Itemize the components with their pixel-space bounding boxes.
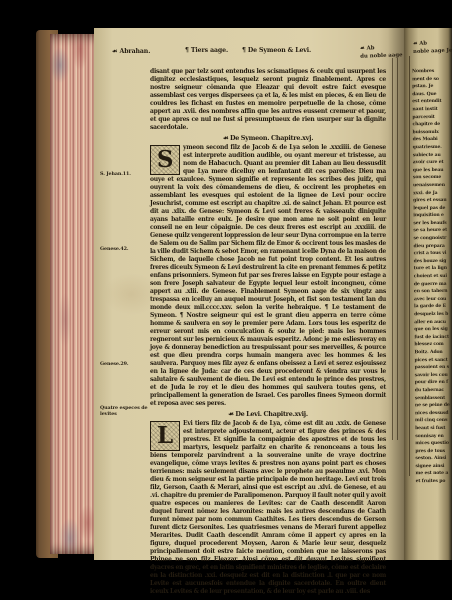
page-edge-stack <box>50 34 100 554</box>
margin-note-genese-29: Genese.29. <box>100 361 148 367</box>
photo-of-open-book: ☙ Abrahan. ¶ Tiers aage. ¶ De Symeon & L… <box>0 0 452 600</box>
book: ☙ Abrahan. ¶ Tiers aage. ¶ De Symeon & L… <box>36 28 452 560</box>
chapter-heading-levi: ☙ De Levi. Chapitre.xvij. <box>150 410 386 418</box>
right-page-sliver: ☙ Ab noble aage Jesuch. Nombres ment de … <box>404 28 452 560</box>
margin-note-jehan: S. Jehan.11. <box>100 171 148 177</box>
margin-note-genese-42: Genese.42. <box>100 246 148 252</box>
right-page-margin-rule <box>409 56 410 476</box>
chapter-levi-paragraph: LEvi tiers filz de Jacob & de Lya, côme … <box>150 420 386 596</box>
margin-rule-2 <box>397 58 398 440</box>
running-header-center: ¶ Tiers aage. <box>185 47 228 54</box>
margin-note-quatre-especes: Quatre especes de levites <box>100 405 148 417</box>
drop-cap-initial-l: L <box>150 421 180 451</box>
chapter-levi-text: Evi tiers filz de Jacob & de Lya, côme e… <box>150 420 386 595</box>
right-header-line2: noble aage Jesuch. <box>413 47 452 56</box>
paragraph-continuation: disant que par telz sont entendus les sc… <box>150 68 386 132</box>
running-header-right: ¶ De Symeon & Levi. <box>242 47 311 54</box>
right-page-running-header: ☙ Ab noble aage Jesuch. <box>413 39 452 56</box>
chapter-heading-symeon: ☙ De Symeon. Chapitre.xvj. <box>150 134 386 142</box>
right-page-text-fragment: Nombres ment de so pstan. Je daus. Que e… <box>412 68 452 534</box>
text-block: disant que par telz sont entendus les sc… <box>150 68 386 596</box>
running-header-left: ☙ Abrahan. <box>112 48 150 55</box>
drop-cap-initial-s: S <box>150 145 180 175</box>
margin-rule-1 <box>392 58 393 440</box>
chapter-symeon-paragraph: Symeon second filz de Jacob & de Lya sel… <box>150 144 386 408</box>
chapter-symeon-text: ymeon second filz de Jacob & de Lya selo… <box>150 144 386 407</box>
left-page: ☙ Abrahan. ¶ Tiers aage. ¶ De Symeon & L… <box>94 28 404 560</box>
